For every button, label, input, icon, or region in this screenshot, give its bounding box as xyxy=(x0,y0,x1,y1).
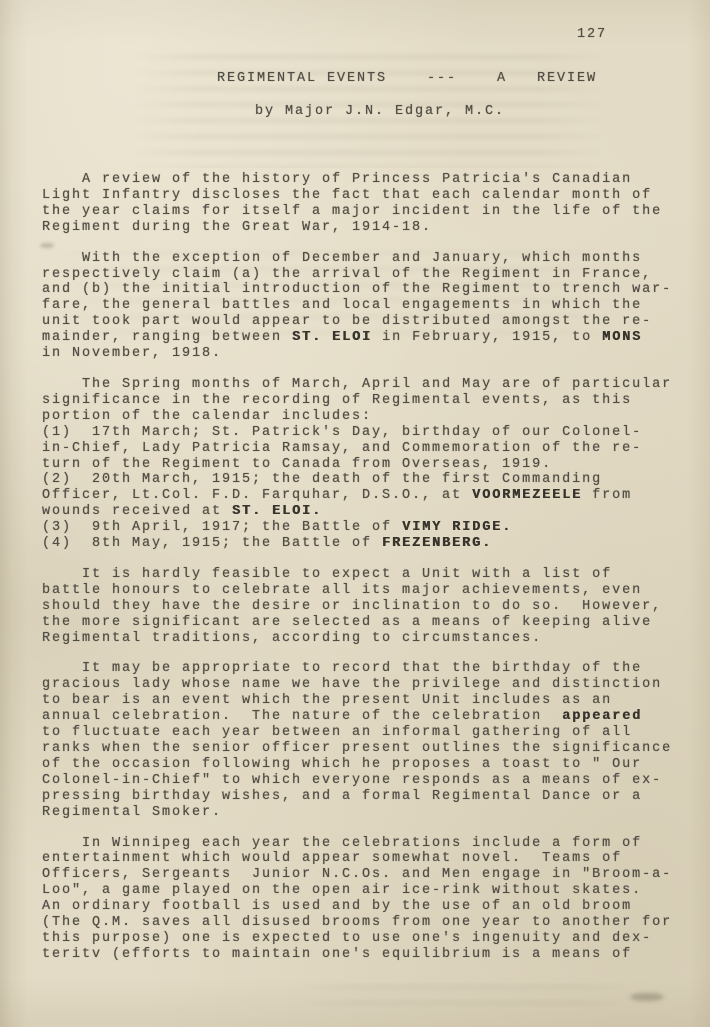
paragraph: A review of the history of Princess Patr… xyxy=(42,172,692,236)
emphasized-text: appeared xyxy=(562,709,642,724)
paper-smudge xyxy=(630,993,664,1001)
paragraph: The Spring months of March, April and Ma… xyxy=(42,377,692,552)
text-run: in November, 1918. xyxy=(42,346,222,361)
paragraph: It is hardly feasible to expect a Unit w… xyxy=(42,567,692,647)
paragraph: In Winnipeg each year the celebrations i… xyxy=(42,836,692,963)
document-body: A review of the history of Princess Patr… xyxy=(42,172,692,978)
emphasized-text: ST. ELOI xyxy=(292,330,372,345)
document-page: 127 REGIMENTAL EVENTS --- A REVIEW by Ma… xyxy=(0,0,710,1027)
emphasized-text: FREZENBERG. xyxy=(382,536,492,551)
text-run: In Winnipeg each year the celebrations i… xyxy=(42,836,672,962)
document-byline: by Major J.N. Edgar, M.C. xyxy=(255,104,505,120)
emphasized-text: MONS xyxy=(602,330,642,345)
emphasized-text: ST. ELOI. xyxy=(232,504,322,519)
text-run: in February, 1915, to xyxy=(372,330,602,345)
document-title: REGIMENTAL EVENTS --- A REVIEW xyxy=(217,71,597,87)
text-run: to fluctuate each year between an inform… xyxy=(42,725,672,820)
text-run: It is hardly feasible to expect a Unit w… xyxy=(42,567,662,646)
text-run: (4) 8th May, 1915; the Battle of xyxy=(42,536,382,551)
bleed-through-texture xyxy=(300,980,631,1014)
emphasized-text: VIMY RIDGE. xyxy=(402,520,512,535)
text-run: A review of the history of Princess Patr… xyxy=(42,172,662,235)
paragraph: It may be appropriate to record that the… xyxy=(42,661,692,820)
paragraph: With the exception of December and Janua… xyxy=(42,251,692,362)
page-number: 127 xyxy=(577,27,607,43)
emphasized-text: VOORMEZEELE xyxy=(472,488,582,503)
text-run: The Spring months of March, April and Ma… xyxy=(42,377,672,503)
text-run: (3) 9th April, 1917; the Battle of xyxy=(42,520,402,535)
